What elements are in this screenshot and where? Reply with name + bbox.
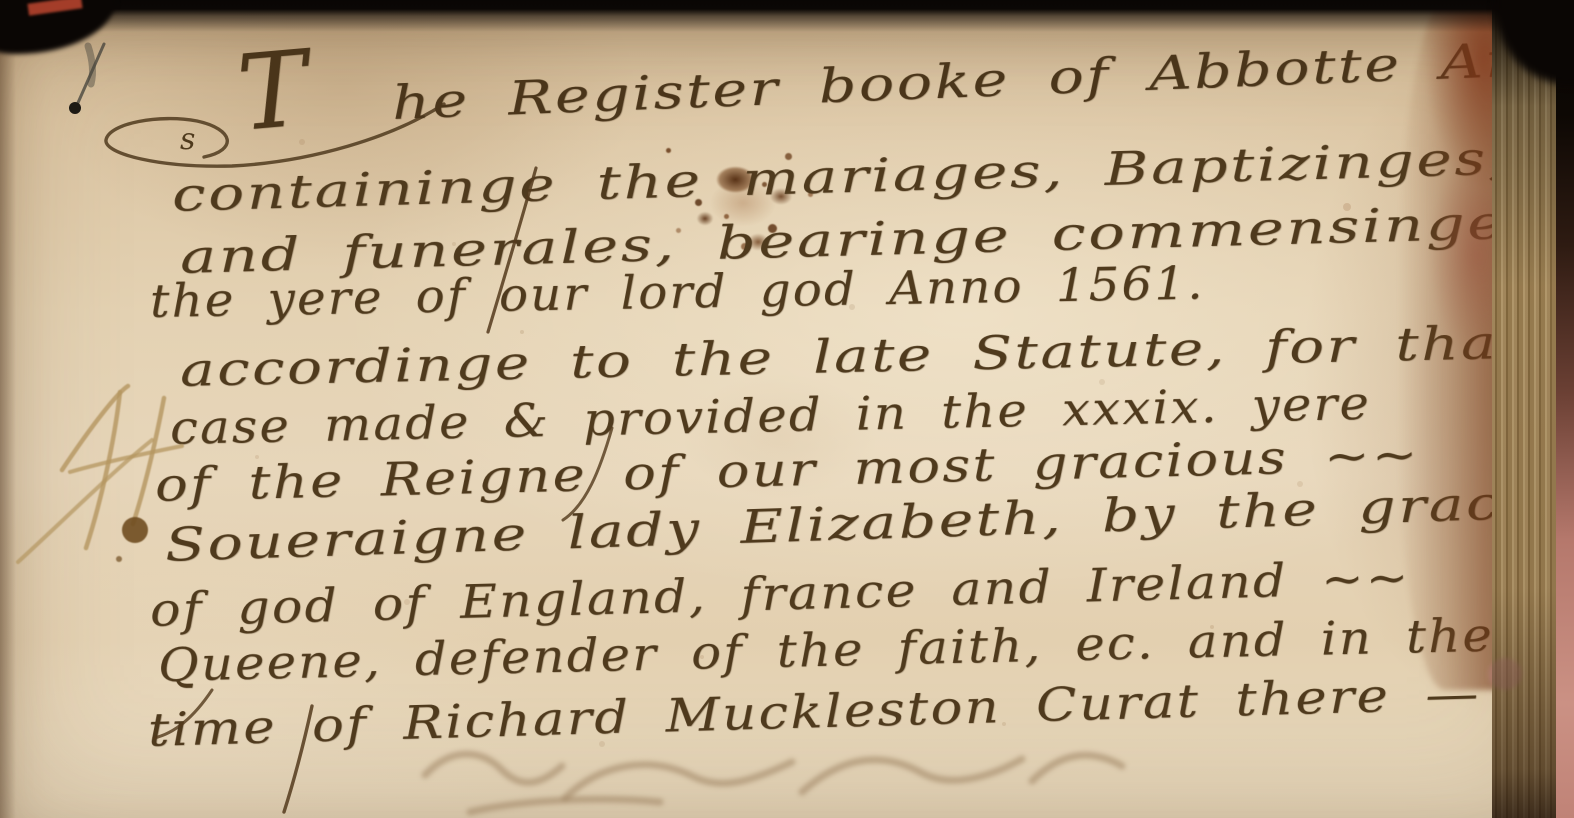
book-top-edge <box>0 0 1574 34</box>
binding-and-cloth-background <box>1556 0 1574 818</box>
initial-letter-T: T <box>233 27 313 155</box>
manuscript-photo: T s he Register booke of Abbotte An~ con… <box>0 0 1574 818</box>
fore-edge-shading <box>1492 0 1558 818</box>
page-left-edge-shadow <box>0 0 16 818</box>
flourish-letter-s: s <box>180 122 195 157</box>
